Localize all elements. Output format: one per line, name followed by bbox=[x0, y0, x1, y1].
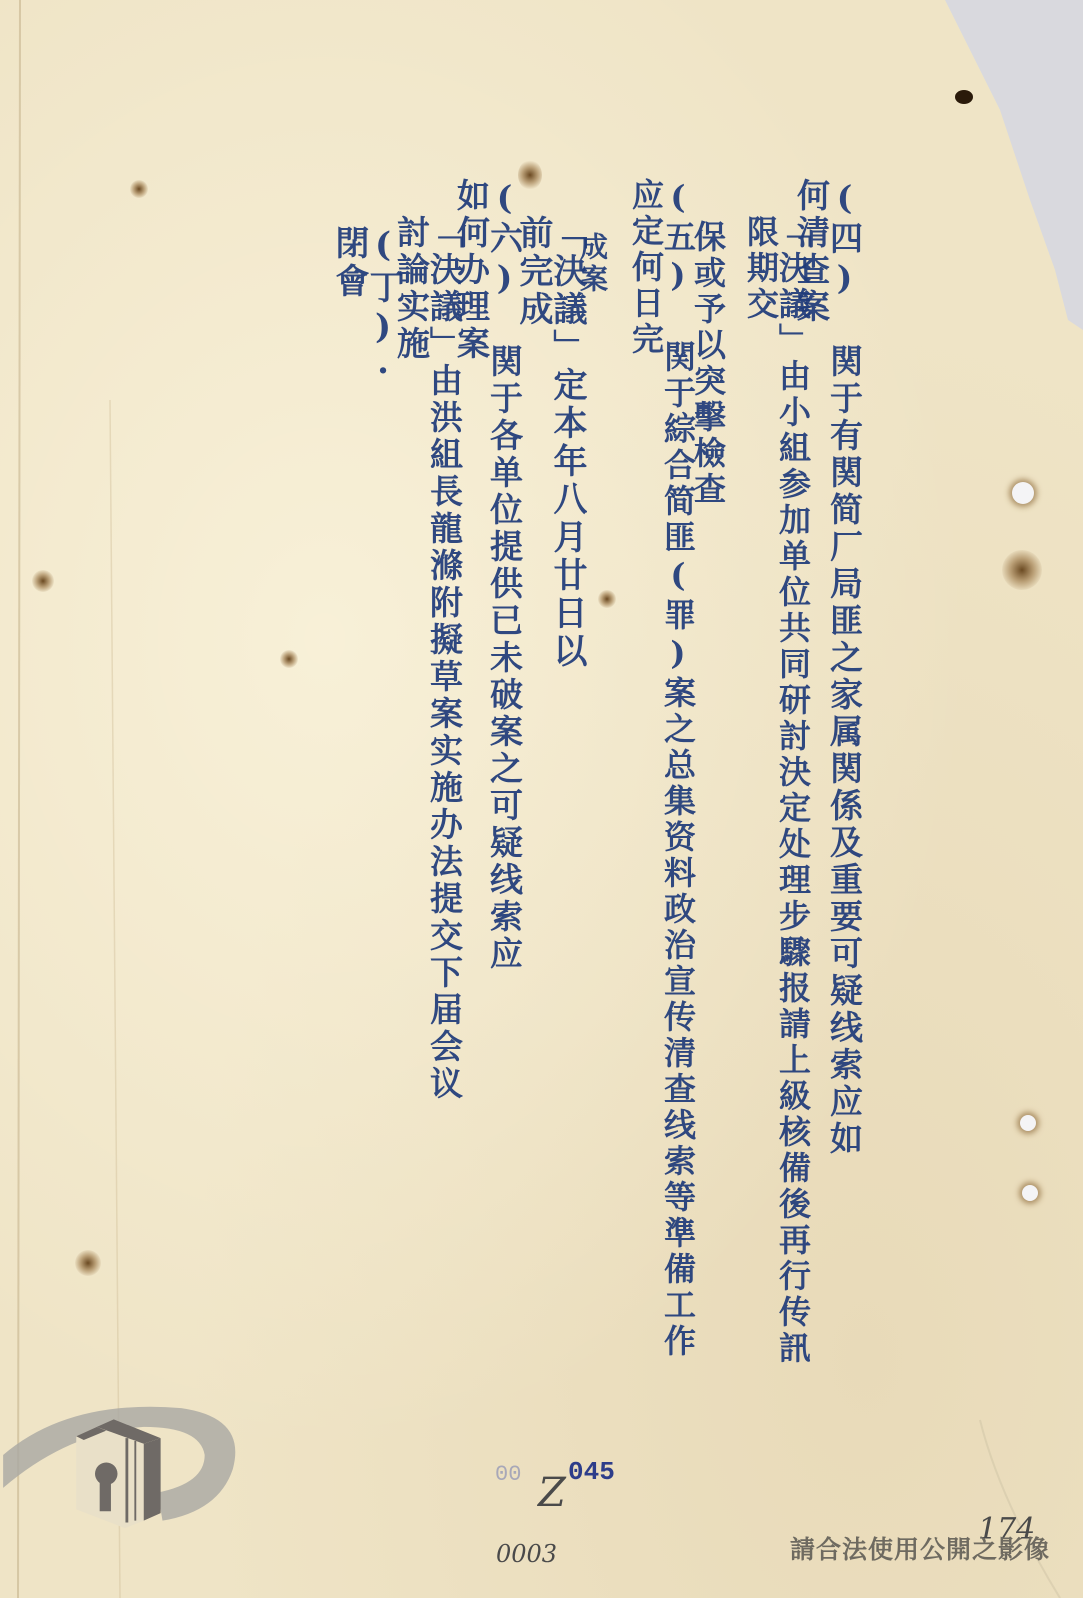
item-6-heading: (六) 関于各单位提供已未破案之可疑线索应如何办理案 bbox=[455, 178, 521, 998]
punch-hole bbox=[1022, 1185, 1038, 1201]
pencil-code: 0003 bbox=[496, 1540, 557, 1568]
pencil-mark: Z bbox=[538, 1470, 566, 1516]
punch-hole bbox=[1020, 1115, 1036, 1131]
book-keyhole-logo-icon bbox=[0, 1380, 250, 1530]
item-6-resolution: 「決議」由洪組長龍滌附擬草案实施办法提交下届会议討論实施 bbox=[395, 215, 461, 1115]
stain bbox=[955, 90, 973, 104]
item-5-resolution: 「決議」定本年八月廿日以前完成 bbox=[516, 215, 584, 685]
stain bbox=[598, 590, 616, 608]
stain bbox=[75, 1250, 101, 1276]
stain bbox=[32, 570, 54, 592]
watermark-notice: 請合法使用公開之影像 bbox=[790, 1530, 1050, 1566]
archive-number-stamp: 045 bbox=[568, 1457, 615, 1487]
punch-hole bbox=[1012, 482, 1034, 504]
item-5-heading: (五) 関于綜合简匪(罪)案之总集资料政治宣传清查线索等準備工作应定何日完 bbox=[630, 178, 694, 1378]
stain bbox=[280, 650, 298, 668]
item-4-resolution-line-1: 「決議」由小組参加单位共同研討決定处理步驟报請上級核備後再行传訊 限期交 bbox=[745, 215, 809, 1405]
stain bbox=[1002, 550, 1042, 590]
item-7-meeting-adjourned: (丁)·閉會 bbox=[332, 225, 400, 425]
faint-stamp-prefix: 00 bbox=[495, 1462, 521, 1487]
stain bbox=[130, 180, 148, 198]
